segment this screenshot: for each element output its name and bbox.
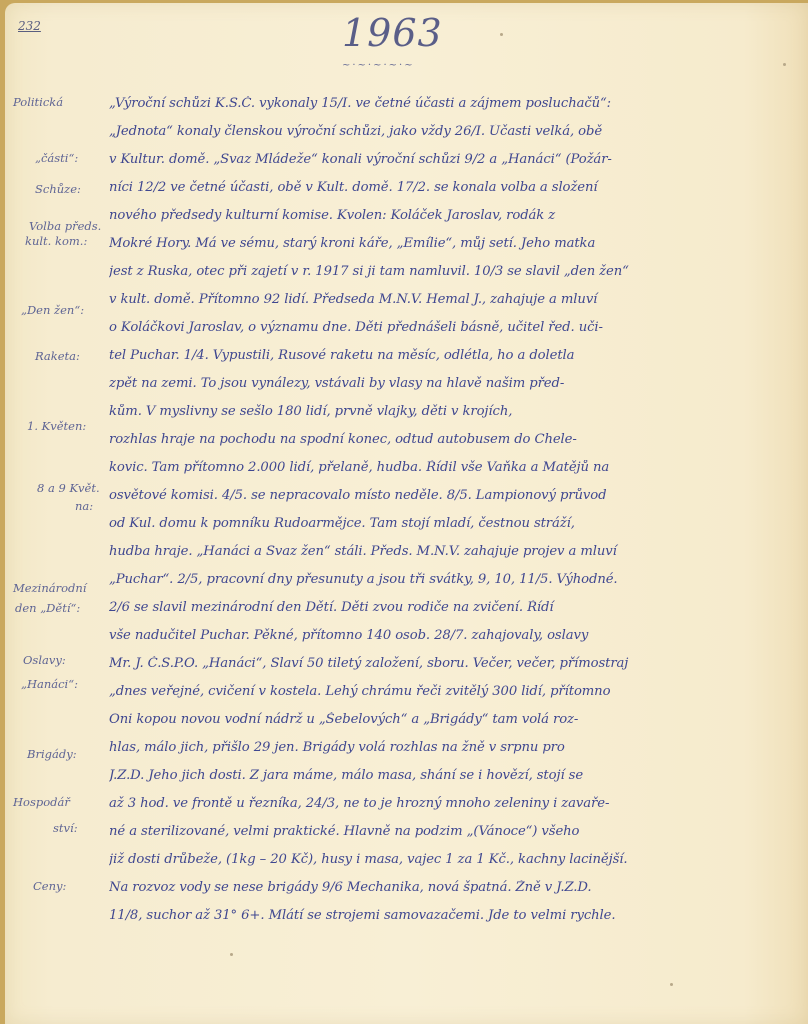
- text-line: o Koláčkovi Jaroslav, o významu dne. Dět…: [109, 320, 799, 335]
- text-line: Mokré Hory. Má ve sému, starý kroni káře…: [109, 236, 799, 251]
- margin-label: 1. Květen:: [27, 420, 86, 433]
- text-line: „Výroční schůzi K.S.Č. vykonaly 15/I. ve…: [109, 96, 799, 111]
- text-line: zpět na zemi. To jsou vynálezy, vstávali…: [109, 376, 799, 391]
- margin-label: Volba předs.: [29, 220, 101, 233]
- text-line: kovic. Tam přítomno 2.000 lidí, přelaně,…: [109, 460, 799, 475]
- margin-label: na:: [75, 500, 93, 513]
- text-line: né a sterilizované, velmi praktické. Hla…: [109, 824, 799, 839]
- text-line: 11/8, suchor až 31° 6+. Mlátí se strojem…: [109, 908, 799, 923]
- margin-label: Politická: [13, 96, 63, 109]
- year-title-underline: ~·~·~·~·~: [342, 60, 415, 71]
- year-title: 1963: [342, 11, 443, 55]
- text-line: „Jednota“ konaly členskou výroční schůzi…: [109, 124, 799, 139]
- paper-speck: [230, 953, 233, 956]
- paper-speck: [500, 33, 503, 36]
- text-line: J.Z.D. Jeho jich dosti. Z jara máme, mál…: [109, 768, 799, 783]
- margin-label: „části“:: [35, 152, 78, 165]
- margin-label: „Hanáci“:: [21, 678, 78, 691]
- paper-speck: [783, 63, 786, 66]
- text-line: Mr. J. Č.S.P.O. „Hanáci“, Slaví 50 tilet…: [109, 656, 799, 671]
- text-line: osvětové komisi. 4/5. se nepracovalo mís…: [109, 488, 799, 503]
- page-number: 232: [18, 19, 41, 33]
- text-line: již dosti drůbeže, (1kg – 20 Kč), husy i…: [109, 852, 799, 867]
- text-line: „Puchar“. 2/5, pracovní dny přesunuty a …: [109, 572, 799, 587]
- text-line: vše nadučitel Puchar. Pěkné, přítomno 14…: [109, 628, 799, 643]
- text-line: Na rozvoz vody se nese brigády 9/6 Mecha…: [109, 880, 799, 895]
- text-line: nového předsedy kulturní komise. Kvolen:…: [109, 208, 799, 223]
- text-line: tel Puchar. 1/4. Vypustili, Rusové raket…: [109, 348, 799, 363]
- text-line: níci 12/2 ve četné účasti, obě v Kult. d…: [109, 180, 799, 195]
- margin-label: Mezinárodní: [13, 582, 86, 595]
- text-line: až 3 hod. ve frontě u řezníka, 24/3, ne …: [109, 796, 799, 811]
- margin-label: Schůze:: [35, 183, 81, 196]
- text-line: v Kultur. domě. „Svaz Mládeže“ konali vý…: [109, 152, 799, 167]
- margin-label: Brigády:: [27, 748, 77, 761]
- text-line: kům. V myslivny se sešlo 180 lidí, prvně…: [109, 404, 799, 419]
- text-line: jest z Ruska, otec při zajetí v r. 1917 …: [109, 264, 799, 279]
- text-line: v kult. domě. Přítomno 92 lidí. Předseda…: [109, 292, 799, 307]
- text-line: rozhlas hraje na pochodu na spodní konec…: [109, 432, 799, 447]
- margin-label: kult. kom.:: [25, 235, 87, 248]
- margin-label: 8 a 9 Květ.: [37, 482, 100, 495]
- margin-label: ství:: [53, 822, 78, 835]
- margin-label: den „Dětí“:: [15, 602, 80, 615]
- text-line: od Kul. domu k pomníku Rudoarmějce. Tam …: [109, 516, 799, 531]
- margin-label: Raketa:: [35, 350, 80, 363]
- margin-label: Oslavy:: [23, 654, 66, 667]
- text-line: hudba hraje. „Hanáci a Svaz žen“ stáli. …: [109, 544, 799, 559]
- paper-speck: [670, 983, 673, 986]
- notebook-page: 232 1963 ~·~·~·~·~ Politická„části“:Schů…: [5, 3, 808, 1024]
- text-line: 2/6 se slavil mezinárodní den Dětí. Děti…: [109, 600, 799, 615]
- text-line: „dnes veřejné, cvičení v kostela. Lehý c…: [109, 684, 799, 699]
- margin-label: Ceny:: [33, 880, 66, 893]
- margin-label: „Den žen“:: [21, 304, 84, 317]
- margin-label: Hospodář: [13, 796, 70, 809]
- text-line: Oni kopou novou vodní nádrž u „Šebelovýc…: [109, 712, 799, 727]
- text-line: hlas, málo jich, přišlo 29 jen. Brigády …: [109, 740, 799, 755]
